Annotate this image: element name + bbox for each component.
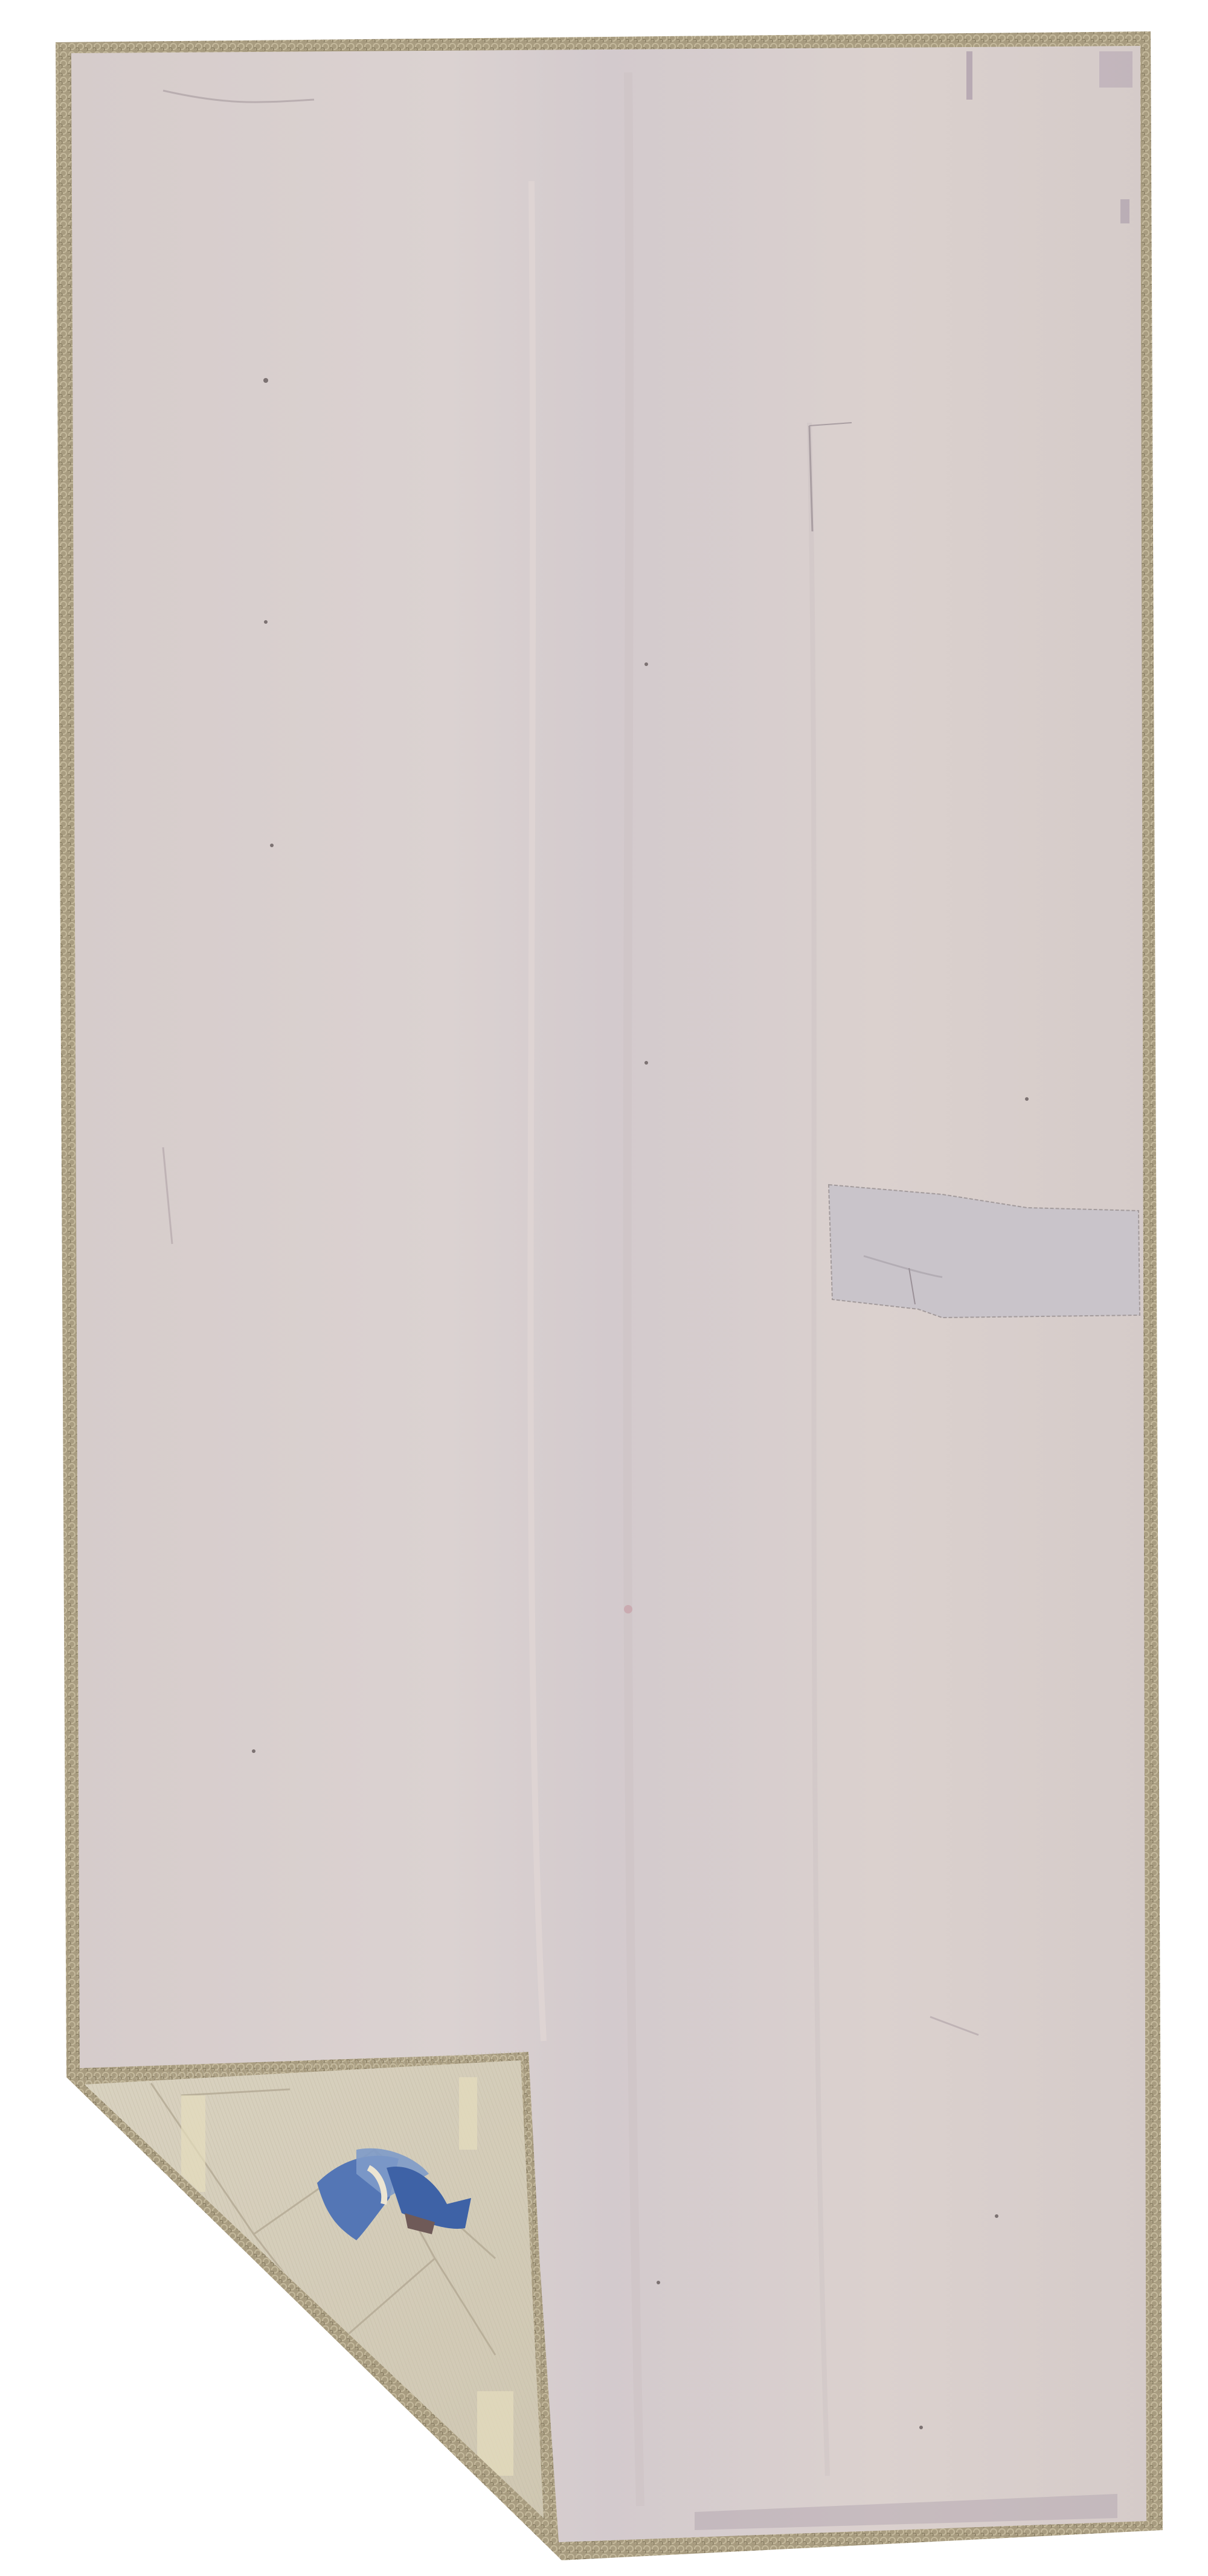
folded-corner	[60, 2041, 574, 2554]
textile-photograph	[0, 0, 1208, 2576]
textile-artwork	[0, 0, 1208, 2576]
